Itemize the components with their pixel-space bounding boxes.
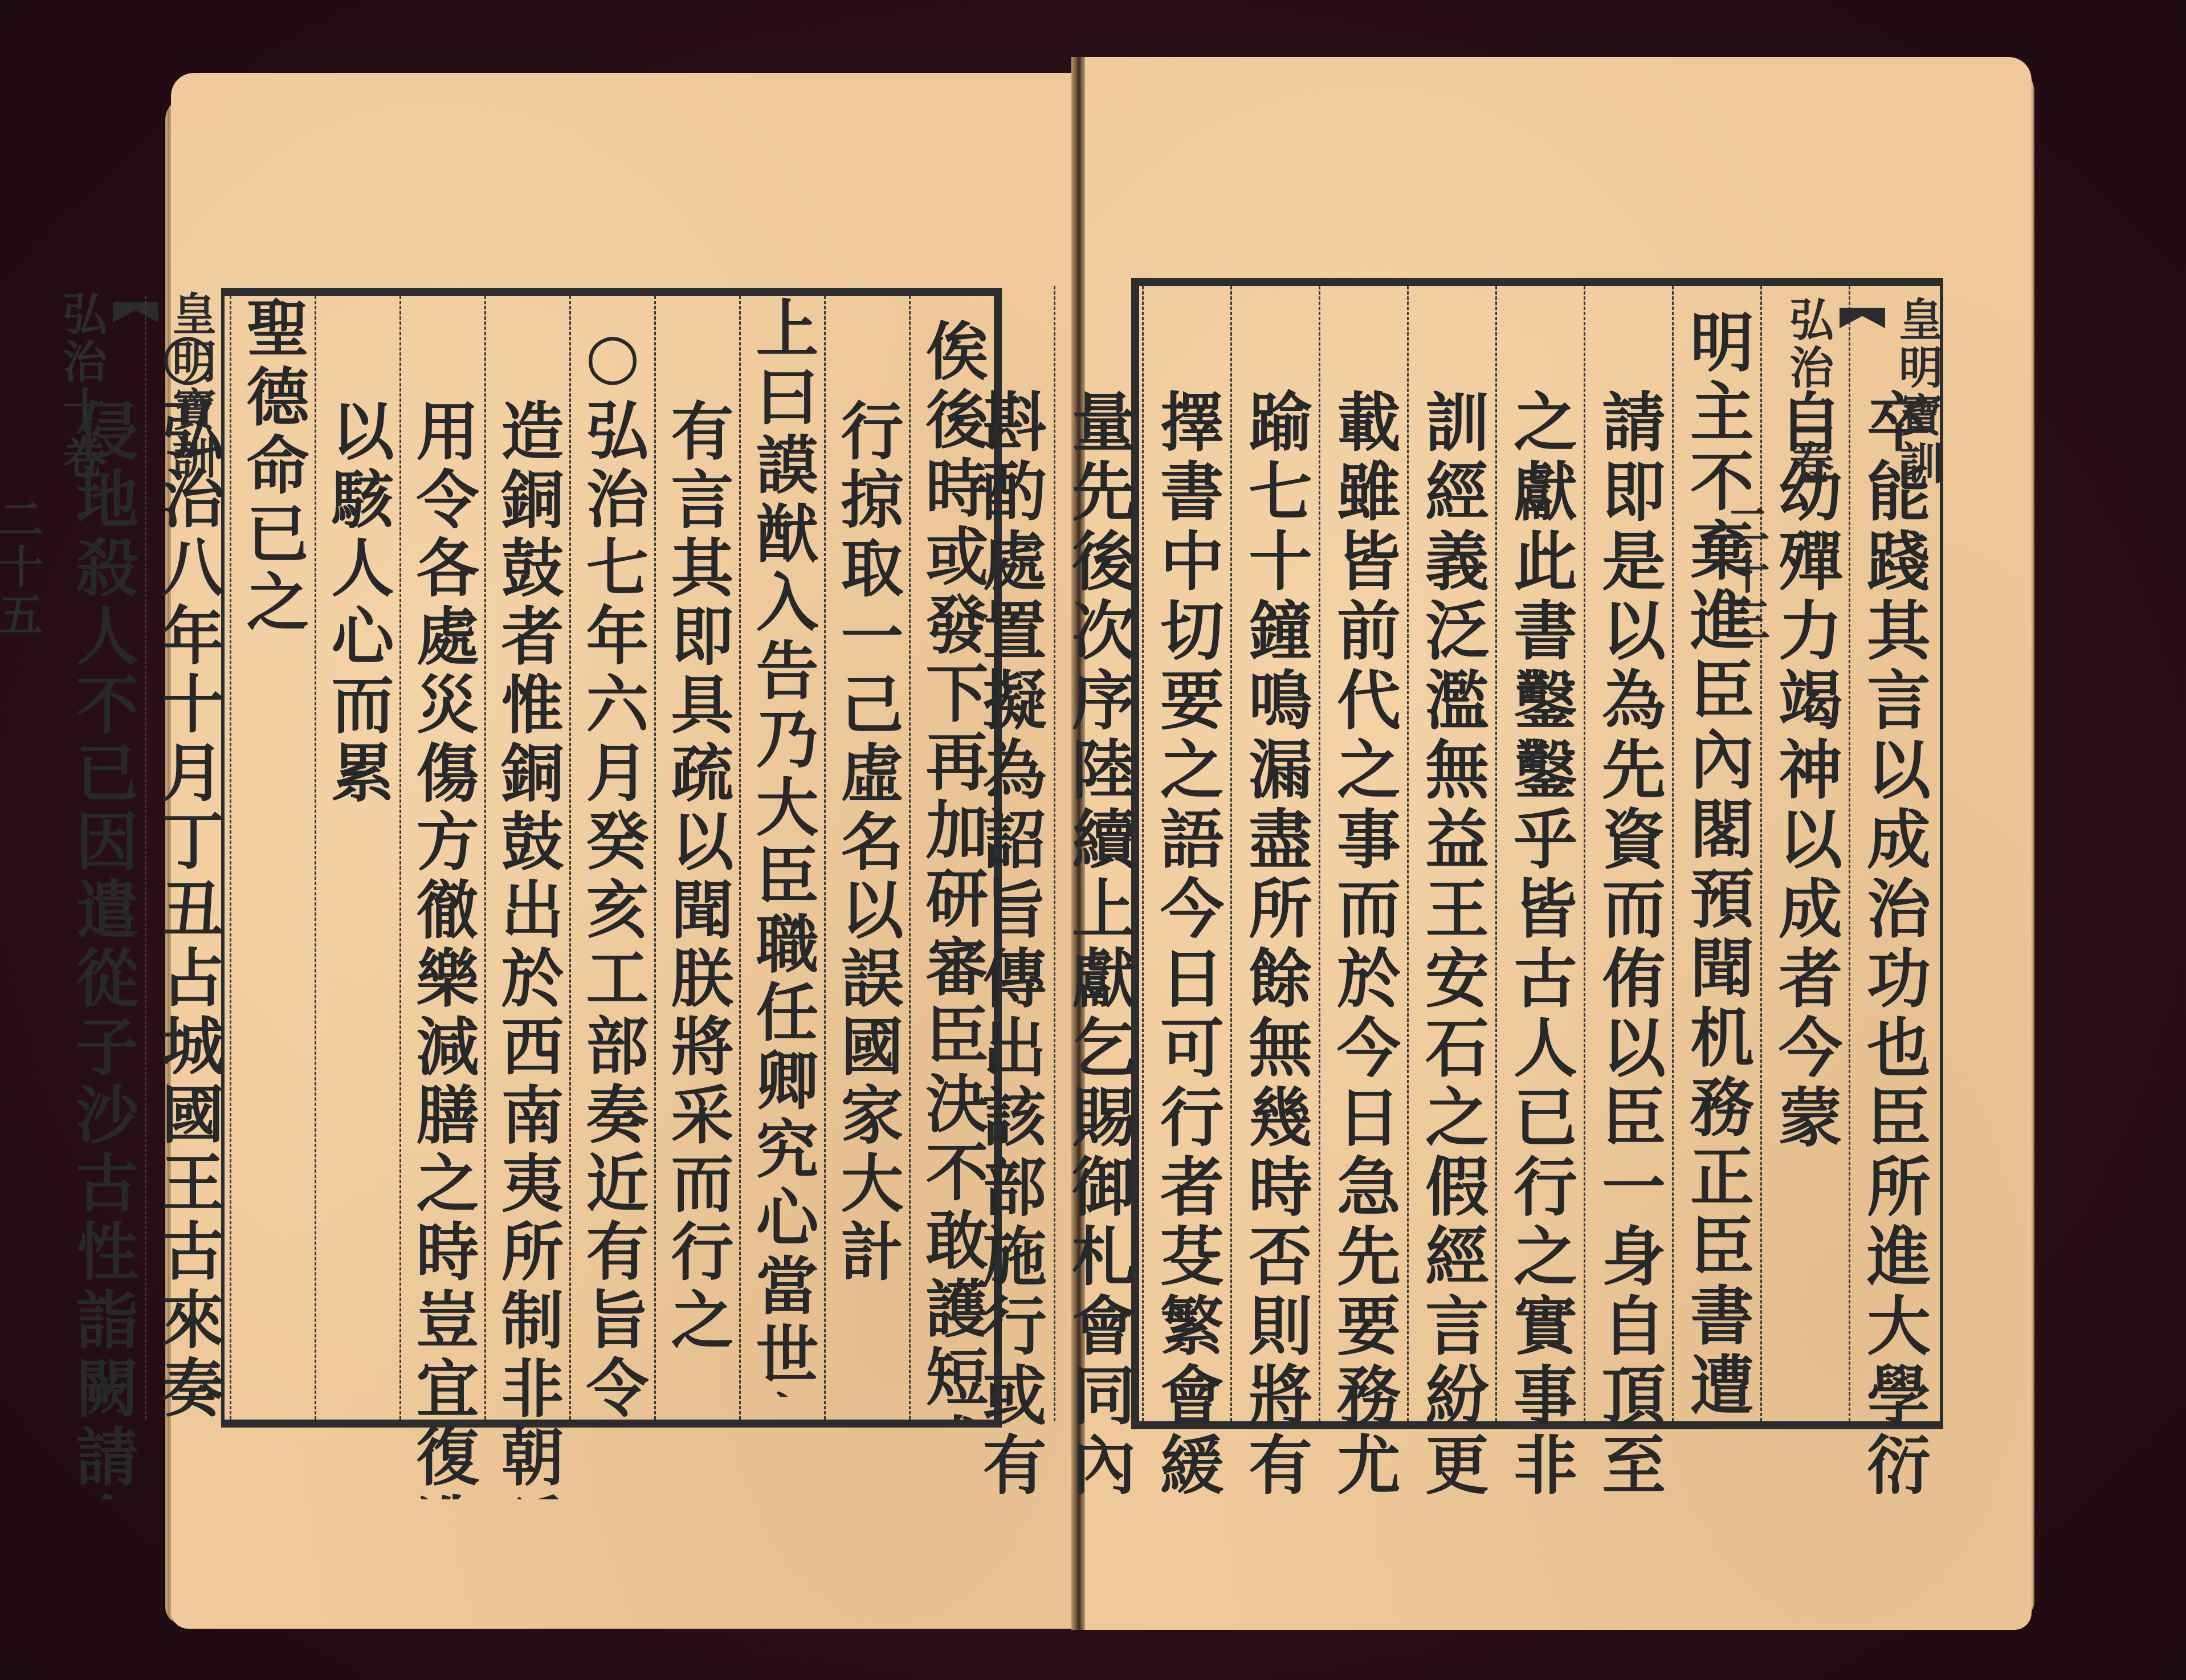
text-column: ○弘治八年十月丁丑占城國王古來奏其國累被安南	[145, 296, 230, 1420]
text-column: 用令各處災傷方徹樂減膳之時豈宜復造制外之器	[399, 296, 484, 1420]
text-column: 之獻此書鑿鑿乎皆古人已行之實事非若鄭康成之	[1495, 286, 1584, 1421]
text-column: 有言其即具疏以聞朕將采而行之	[654, 296, 739, 1420]
column-text: 以駭人心而累	[316, 398, 399, 1499]
text-column: 載雖皆前代之事而於今日急先要務尤加意焉臣年	[1319, 286, 1407, 1421]
column-text: 上曰謨猷入告乃大臣職任卿究心當世之務久矣今將	[741, 296, 824, 1397]
text-column: 踰七十鐘鳴漏盡所餘無幾時否則將有後時之悔請	[1230, 286, 1319, 1421]
column-text: 造銅鼓者惟銅鼓出於西南夷所制非朝廷之上所宜	[486, 398, 569, 1499]
right-page-margin-title: 皇明寶訓 弘治二卷 二十三	[1898, 296, 1949, 1379]
text-column: 行掠取一己虛名以誤國家大計	[824, 296, 909, 1420]
text-column: 上曰謨猷入告乃大臣職任卿究心當世之務久矣今將	[739, 296, 824, 1420]
column-text: ○弘治八年十月丁丑占城國王古來奏其國累被安南	[146, 319, 230, 1420]
column-text: 之獻此書鑿鑿乎皆古人已行之實事非若鄭康成之	[1497, 389, 1584, 1501]
column-text: 踰七十鐘鳴漏盡所餘無幾時否則將有後時之悔請	[1232, 389, 1319, 1501]
column-text: 侵地殺人不已因遣從子沙古性詣闕請命大臣往為	[60, 398, 145, 1499]
text-column: 斟酌處置擬為詔旨傳出該部施行或有窒礙或姑留	[965, 286, 1054, 1421]
text-column: 擇書中切要之語今日可行者芟繁會緩以為奏章酌	[1142, 286, 1230, 1421]
column-text: 請即是以為先資而侑以臣一身自頂至踵以為九重	[1585, 389, 1672, 1501]
text-column: 造銅鼓者惟銅鼓出於西南夷所制非朝廷之上所宜	[484, 296, 569, 1420]
column-text: 有言其即具疏以聞朕將采而行之	[656, 398, 739, 1499]
column-text: 斟酌處置擬為詔旨傳出該部施行或有窒礙或姑留	[965, 389, 1054, 1501]
folio-number: 二十三	[1712, 501, 1776, 1379]
column-text: ○弘治七年六月癸亥工部奏近有旨令各處訪取善擊	[571, 319, 654, 1420]
text-column: 請即是以為先資而侑以臣一身自頂至踵以為九重	[1584, 286, 1672, 1421]
column-text: 量先後次序陸續上獻乞賜御札會同內閣二三儒臣	[1055, 389, 1142, 1501]
left-page-text-columns: 俟後時或發下再加研審臣決不敢護短求勝果於必 行掠取一己虛名以誤國家大計 上曰謨猷…	[229, 296, 994, 1420]
text-column: 侵地殺人不已因遣從子沙古性詣闕請命大臣往為	[60, 296, 145, 1420]
column-text: 載雖皆前代之事而於今日急先要務尤加意焉臣年	[1320, 389, 1407, 1501]
section-label: 弘治二卷	[1776, 296, 1840, 1379]
text-column: 以駭人心而累	[315, 296, 399, 1420]
column-text: 聖德命已之	[231, 296, 315, 1397]
text-column: 訓經義泛濫無益王安石之假經言紛更變亂其中所	[1407, 286, 1495, 1421]
text-column: 量先後次序陸續上獻乞賜御札會同內閣二三儒臣	[1054, 286, 1142, 1421]
column-text: 訓經義泛濫無益王安石之假經言紛更變亂其中所	[1409, 389, 1495, 1501]
text-column: 聖德命已之	[230, 296, 315, 1420]
book-title: 皇明寶訓	[1885, 296, 1949, 1379]
column-text: 行掠取一己虛名以誤國家大計	[826, 398, 909, 1499]
column-text: 用令各處災傷方徹樂減膳之時豈宜復造制外之器	[401, 398, 484, 1499]
folio-number: 二十五	[0, 496, 49, 1373]
column-text: 擇書中切要之語今日可行者芟繁會緩以為奏章酌	[1144, 389, 1230, 1501]
text-column: ○弘治七年六月癸亥工部奏近有旨令各處訪取善擊	[569, 296, 654, 1420]
